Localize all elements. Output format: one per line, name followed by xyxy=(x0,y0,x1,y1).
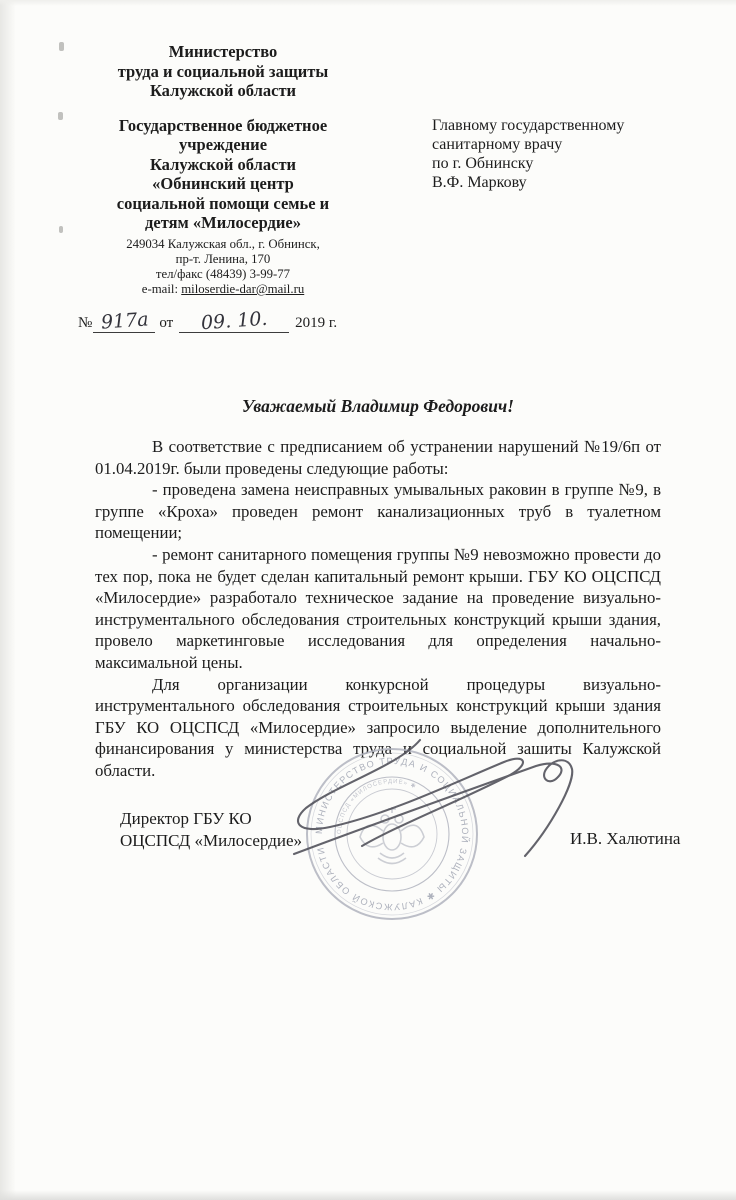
signer-title-line: Директор ГБУ КО xyxy=(120,808,302,830)
phone-fax: тел/факс (48439) 3-99-77 xyxy=(62,267,384,282)
body-paragraph: В соответствие с предписанием об устране… xyxy=(95,436,661,479)
letterhead: Министерство труда и социальной защиты К… xyxy=(62,42,384,297)
institution-line: «Обнинский центр xyxy=(62,174,384,194)
addressee-line: по г. Обнинску xyxy=(432,154,702,173)
email-line: e-mail: miloserdie-dar@mail.ru xyxy=(62,282,384,297)
email-address: miloserdie-dar@mail.ru xyxy=(181,282,304,296)
ministry-name: Министерство труда и социальной защиты К… xyxy=(62,42,384,101)
number-sign: № xyxy=(78,315,92,333)
handwritten-number: 917а xyxy=(100,310,149,331)
addressee-line: санитарному врачу xyxy=(432,135,702,154)
date-field: 09. 10. xyxy=(179,312,289,333)
scanned-letter-page: Министерство труда и социальной защиты К… xyxy=(0,0,736,1200)
scan-edge-bottom xyxy=(0,1190,736,1200)
year-label: 2019 г. xyxy=(295,315,337,333)
signer-title: Директор ГБУ КО ОЦСПСД «Милосердие» xyxy=(120,808,302,852)
institution-name: Государственное бюджетное учреждение Кал… xyxy=(62,116,384,233)
institution-address: 249034 Калужская обл., г. Обнинск, пр-т.… xyxy=(62,237,384,298)
address-line: 249034 Калужская обл., г. Обнинск, xyxy=(62,237,384,252)
institution-line: социальной помощи семье и xyxy=(62,194,384,214)
signer-name: И.В. Халютина xyxy=(570,829,680,849)
signature-stroke xyxy=(268,726,590,890)
address-line: пр-т. Ленина, 170 xyxy=(62,252,384,267)
scan-edge-top xyxy=(0,0,736,6)
handwritten-date: 09. 10. xyxy=(200,310,268,333)
institution-line: Государственное бюджетное xyxy=(62,116,384,136)
institution-line: детям «Милосердие» xyxy=(62,213,384,233)
ministry-line: Калужской области xyxy=(62,81,384,101)
reference-line: № 917а от 09. 10. 2019 г. xyxy=(78,312,337,333)
body-paragraph: - проведена замена неисправных умывальны… xyxy=(95,479,661,544)
scan-edge-left xyxy=(0,0,16,1200)
body-paragraph: - ремонт санитарного помещения группы №9… xyxy=(95,544,661,674)
institution-line: Калужской области xyxy=(62,155,384,175)
outgoing-number-field: 917а xyxy=(93,312,155,333)
handwritten-signature xyxy=(268,726,590,890)
email-label: e-mail: xyxy=(142,282,181,296)
ministry-line: труда и социальной защиты xyxy=(62,62,384,82)
signer-title-line: ОЦСПСД «Милосердие» xyxy=(120,830,302,852)
addressee-line: В.Ф. Маркову xyxy=(432,173,702,192)
addressee-block: Главному государственному санитарному вр… xyxy=(432,116,702,192)
ministry-line: Министерство xyxy=(62,42,384,62)
salutation: Уважаемый Владимир Федорович! xyxy=(95,396,661,417)
institution-line: учреждение xyxy=(62,135,384,155)
from-label: от xyxy=(159,315,173,333)
addressee-line: Главному государственному xyxy=(432,116,702,135)
